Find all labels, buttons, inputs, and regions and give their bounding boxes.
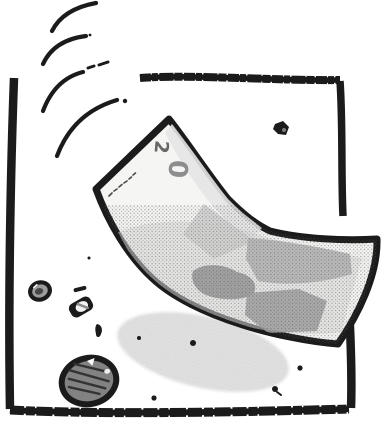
motion-arc (52, 3, 96, 31)
serial-tick-dot (106, 226, 108, 228)
large-coin (57, 352, 121, 410)
speck (151, 395, 156, 400)
speck (88, 257, 91, 260)
denomination-digit: 0 (161, 159, 192, 180)
speck (297, 365, 302, 370)
banknote: 2 0 (90, 119, 380, 350)
pebble (273, 121, 289, 135)
money-box-illustration: Hand-drawn black-ink sketch: a 20 bankno… (0, 0, 385, 430)
frame-right-edge-upper (340, 81, 343, 216)
motion-arc (43, 72, 83, 111)
ink-dash (73, 285, 87, 292)
motion-arcs (43, 3, 127, 156)
speck-tail (277, 392, 281, 395)
pebble-body (273, 121, 289, 135)
striped-nugget (67, 295, 95, 320)
pebble-highlight (282, 128, 286, 132)
sketch-svg: Hand-drawn black-ink sketch: a 20 bankno… (0, 0, 385, 430)
denomination-digit: 2 (149, 139, 172, 154)
small-coin (28, 280, 52, 302)
debris (28, 257, 102, 338)
motion-arc-dot (123, 99, 127, 103)
motion-arc-dashes (88, 62, 108, 68)
dash-body (73, 285, 87, 292)
motion-arc-dot (89, 34, 92, 37)
motion-arc (57, 100, 117, 156)
speck (190, 340, 196, 346)
speck (137, 336, 141, 340)
ink-comma (95, 324, 102, 337)
frame-left-edge (9, 78, 14, 409)
motion-arc (43, 36, 86, 64)
frame-top-edge-texture (140, 77, 340, 80)
frame-bottom-edge-texture (10, 409, 349, 413)
